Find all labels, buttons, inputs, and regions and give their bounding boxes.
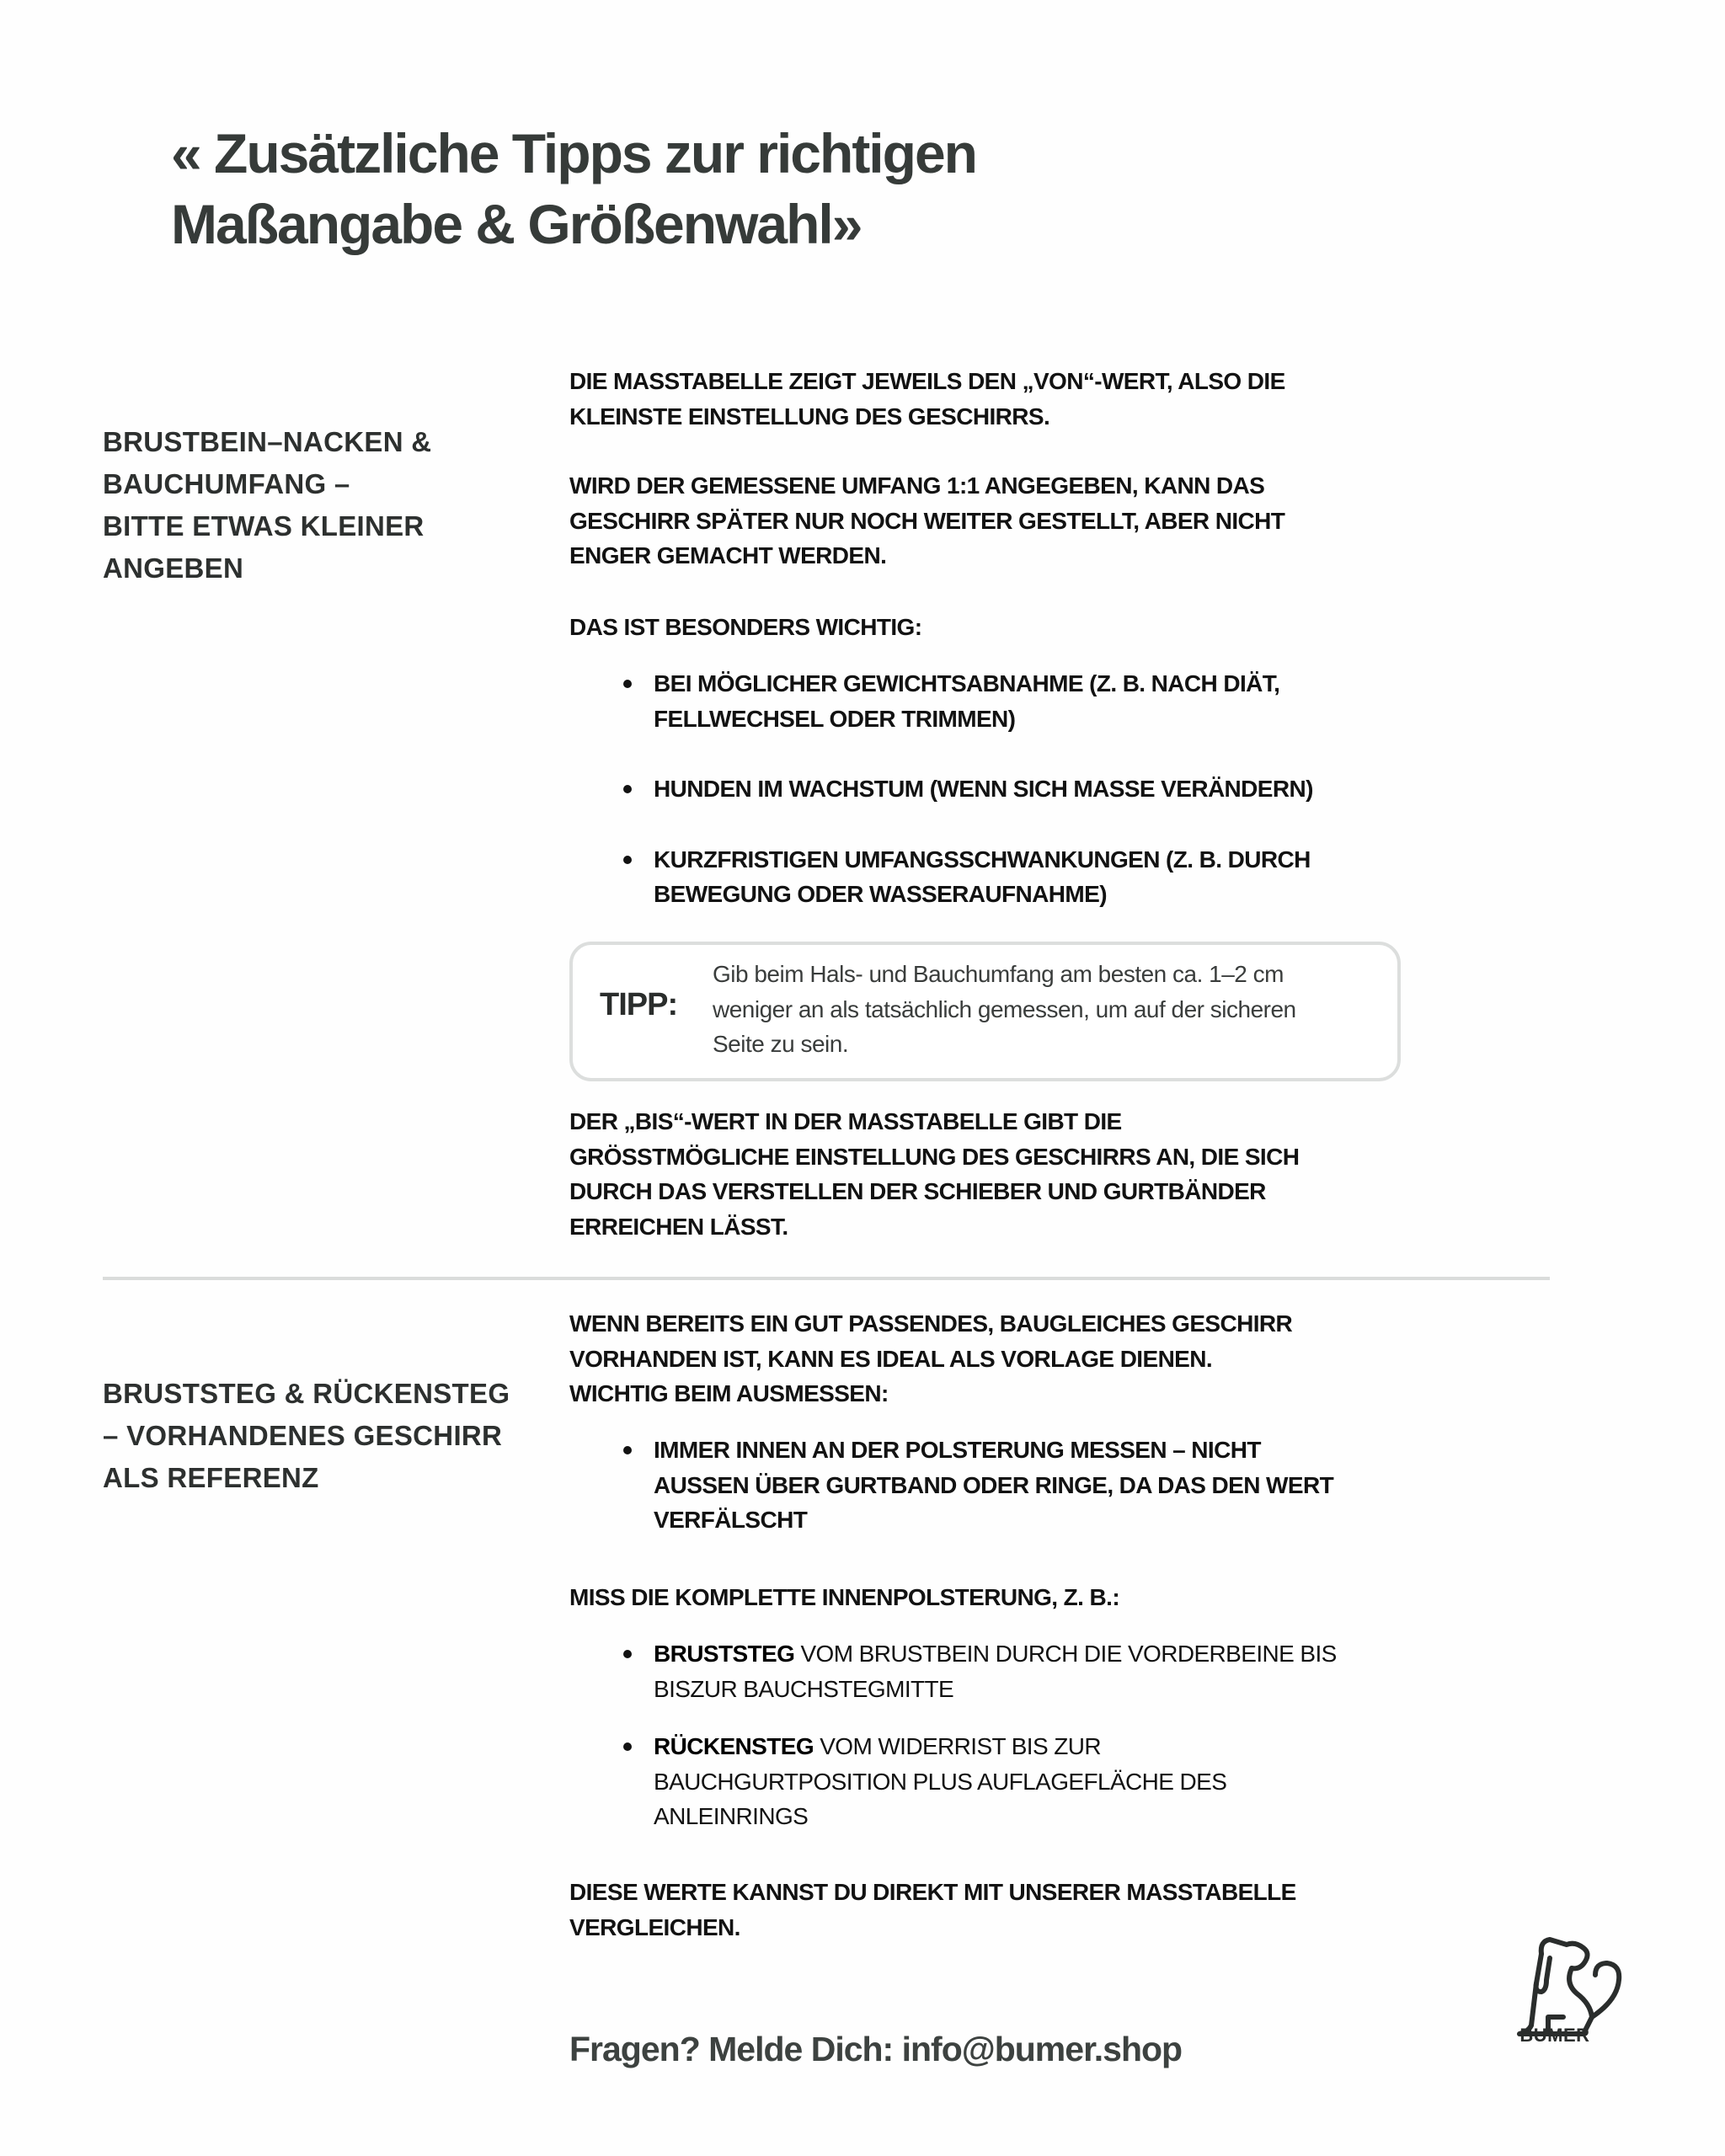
text-line: weniger an als tatsächlich gemessen, um … [713, 992, 1296, 1027]
text-line: DIE MASSTABELLE ZEIGT JEWEILS DEN „VON“-… [569, 364, 1285, 399]
section-2-label-line: – VORHANDENES GESCHIRR [103, 1415, 524, 1457]
section-2-label-line: ALS REFERENZ [103, 1457, 524, 1499]
text-line: DER „BIS“-WERT IN DER MASSTABELLE GIBT D… [569, 1104, 1299, 1139]
section-1-paragraph-bis-wert: DER „BIS“-WERT IN DER MASSTABELLE GIBT D… [569, 1104, 1299, 1244]
section-2-label: BRUSTSTEG & RÜCKENSTEG – VORHANDENES GES… [103, 1373, 524, 1499]
bold-term: RÜCKENSTEG [654, 1733, 814, 1759]
text-line: RÜCKENSTEG VOM WIDERRIST BIS ZUR [654, 1729, 1454, 1764]
section-1-bullet-list: BEI MÖGLICHER GEWICHTSABNAHME (Z. B. NAC… [569, 666, 1412, 912]
tip-box: TIPP: Gib beim Hals- und Bauchumfang am … [569, 942, 1401, 1081]
text-line: GRÖSSTMÖGLICHE EINSTELLUNG DES GESCHIRRS… [569, 1139, 1299, 1175]
bullet-icon [623, 1446, 632, 1454]
bullet-icon [623, 680, 632, 688]
text-line: ENGER GEMACHT WERDEN. [569, 538, 1284, 574]
contact-line[interactable]: Fragen? Melde Dich: info@bumer.shop [569, 2030, 1182, 2069]
section-1-paragraph-von-wert: DIE MASSTABELLE ZEIGT JEWEILS DEN „VON“-… [569, 364, 1285, 434]
text-line: BEWEGUNG ODER WASSERAUFNAHME) [654, 877, 1412, 912]
text-line: HUNDEN IM WACHSTUM (WENN SICH MASSE VERÄ… [654, 771, 1412, 807]
text-line: KLEINSTE EINSTELLUNG DES GESCHIRRS. [569, 399, 1285, 435]
text-line: Gib beim Hals- und Bauchumfang am besten… [713, 957, 1296, 992]
text-line: DAS IST BESONDERS WICHTIG: [569, 610, 921, 645]
section-divider [103, 1277, 1550, 1280]
text-line: ANLEINRINGS [654, 1799, 1454, 1834]
list-item: BEI MÖGLICHER GEWICHTSABNAHME (Z. B. NAC… [569, 666, 1412, 736]
section-1-paragraph-wichtig: DAS IST BESONDERS WICHTIG: [569, 610, 921, 645]
text-line: VORHANDEN IST, KANN ES IDEAL ALS VORLAGE… [569, 1342, 1292, 1377]
text-line: FELLWECHSEL ODER TRIMMEN) [654, 702, 1412, 737]
text-line: WIRD DER GEMESSENE UMFANG 1:1 ANGEGEBEN,… [569, 468, 1284, 504]
text-line: VERFÄLSCHT [654, 1502, 1412, 1538]
text-line: Seite zu sein. [713, 1027, 1296, 1062]
list-item-rueckensteg: RÜCKENSTEG VOM WIDERRIST BIS ZUR BAUCHGU… [569, 1729, 1454, 1834]
text-line: BEI MÖGLICHER GEWICHTSABNAHME (Z. B. NAC… [654, 666, 1412, 702]
bullet-icon [623, 1650, 632, 1658]
text-line: WICHTIG BEIM AUSMESSEN: [569, 1376, 1292, 1412]
section-1-paragraph-umfang: WIRD DER GEMESSENE UMFANG 1:1 ANGEGEBEN,… [569, 468, 1284, 574]
bullet-icon [623, 785, 632, 793]
text-line: ERREICHEN LÄSST. [569, 1209, 1299, 1245]
text-fragment: VOM BRUSTBEIN DURCH DIE VORDERBEINE BIS [794, 1641, 1336, 1667]
text-line: BAUCHGURTPOSITION PLUS AUFLAGEFLÄCHE DES [654, 1764, 1454, 1800]
text-line: BISZUR BAUCHSTEGMITTE [654, 1672, 1454, 1707]
text-line: GESCHIRR SPÄTER NUR NOCH WEITER GESTELLT… [569, 504, 1284, 539]
brand-name: BUMER [1516, 2025, 1594, 2047]
page-title-line-2: Maßangabe & Größenwahl» [171, 189, 976, 259]
page-title-line-1: « Zusätzliche Tipps zur richtigen [171, 118, 976, 189]
list-item: IMMER INNEN AN DER POLSTERUNG MESSEN – N… [569, 1433, 1412, 1538]
section-1-label: BRUSTBEIN–NACKEN & BAUCHUMFANG – BITTE E… [103, 421, 524, 590]
text-line: DIESE WERTE KANNST DU DIREKT MIT UNSERER… [569, 1875, 1296, 1910]
section-2-bullet-list-b: BRUSTSTEG VOM BRUSTBEIN DURCH DIE VORDER… [569, 1636, 1454, 1834]
text-line: WENN BEREITS EIN GUT PASSENDES, BAUGLEIC… [569, 1306, 1292, 1342]
list-item: HUNDEN IM WACHSTUM (WENN SICH MASSE VERÄ… [569, 771, 1412, 807]
text-line: KURZFRISTIGEN UMFANGSSCHWANKUNGEN (Z. B.… [654, 842, 1412, 878]
text-line: AUSSEN ÜBER GURTBAND ODER RINGE, DA DAS … [654, 1468, 1412, 1503]
section-1-label-line: ANGEBEN [103, 547, 524, 590]
text-line: VERGLEICHEN. [569, 1910, 1296, 1945]
section-2-paragraph-intro: WENN BEREITS EIN GUT PASSENDES, BAUGLEIC… [569, 1306, 1292, 1412]
section-1-label-line: BRUSTBEIN–NACKEN & [103, 421, 524, 463]
section-2-paragraph-closing: DIESE WERTE KANNST DU DIREKT MIT UNSERER… [569, 1875, 1296, 1945]
section-1-label-line: BAUCHUMFANG – [103, 463, 524, 505]
section-2-paragraph-measure: MISS DIE KOMPLETTE INNENPOLSTERUNG, Z. B… [569, 1580, 1119, 1615]
section-2-bullet-list-a: IMMER INNEN AN DER POLSTERUNG MESSEN – N… [569, 1433, 1412, 1538]
tip-text: Gib beim Hals- und Bauchumfang am besten… [713, 957, 1296, 1062]
bullet-icon [623, 1742, 632, 1751]
bold-term: BRUSTSTEG [654, 1641, 794, 1667]
tip-label: TIPP: [600, 987, 677, 1023]
list-item-bruststeg: BRUSTSTEG VOM BRUSTBEIN DURCH DIE VORDER… [569, 1636, 1454, 1706]
section-2-label-line: BRUSTSTEG & RÜCKENSTEG [103, 1373, 524, 1415]
page-title: « Zusätzliche Tipps zur richtigen Maßang… [171, 118, 976, 259]
text-fragment: VOM WIDERRIST BIS ZUR [814, 1733, 1101, 1759]
section-1-label-line: BITTE ETWAS KLEINER [103, 505, 524, 547]
text-line: MISS DIE KOMPLETTE INNENPOLSTERUNG, Z. B… [569, 1580, 1119, 1615]
list-item: KURZFRISTIGEN UMFANGSSCHWANKUNGEN (Z. B.… [569, 842, 1412, 912]
text-line: DURCH DAS VERSTELLEN DER SCHIEBER UND GU… [569, 1174, 1299, 1209]
bullet-icon [623, 856, 632, 864]
text-line: BRUSTSTEG VOM BRUSTBEIN DURCH DIE VORDER… [654, 1636, 1454, 1672]
text-line: IMMER INNEN AN DER POLSTERUNG MESSEN – N… [654, 1433, 1412, 1468]
